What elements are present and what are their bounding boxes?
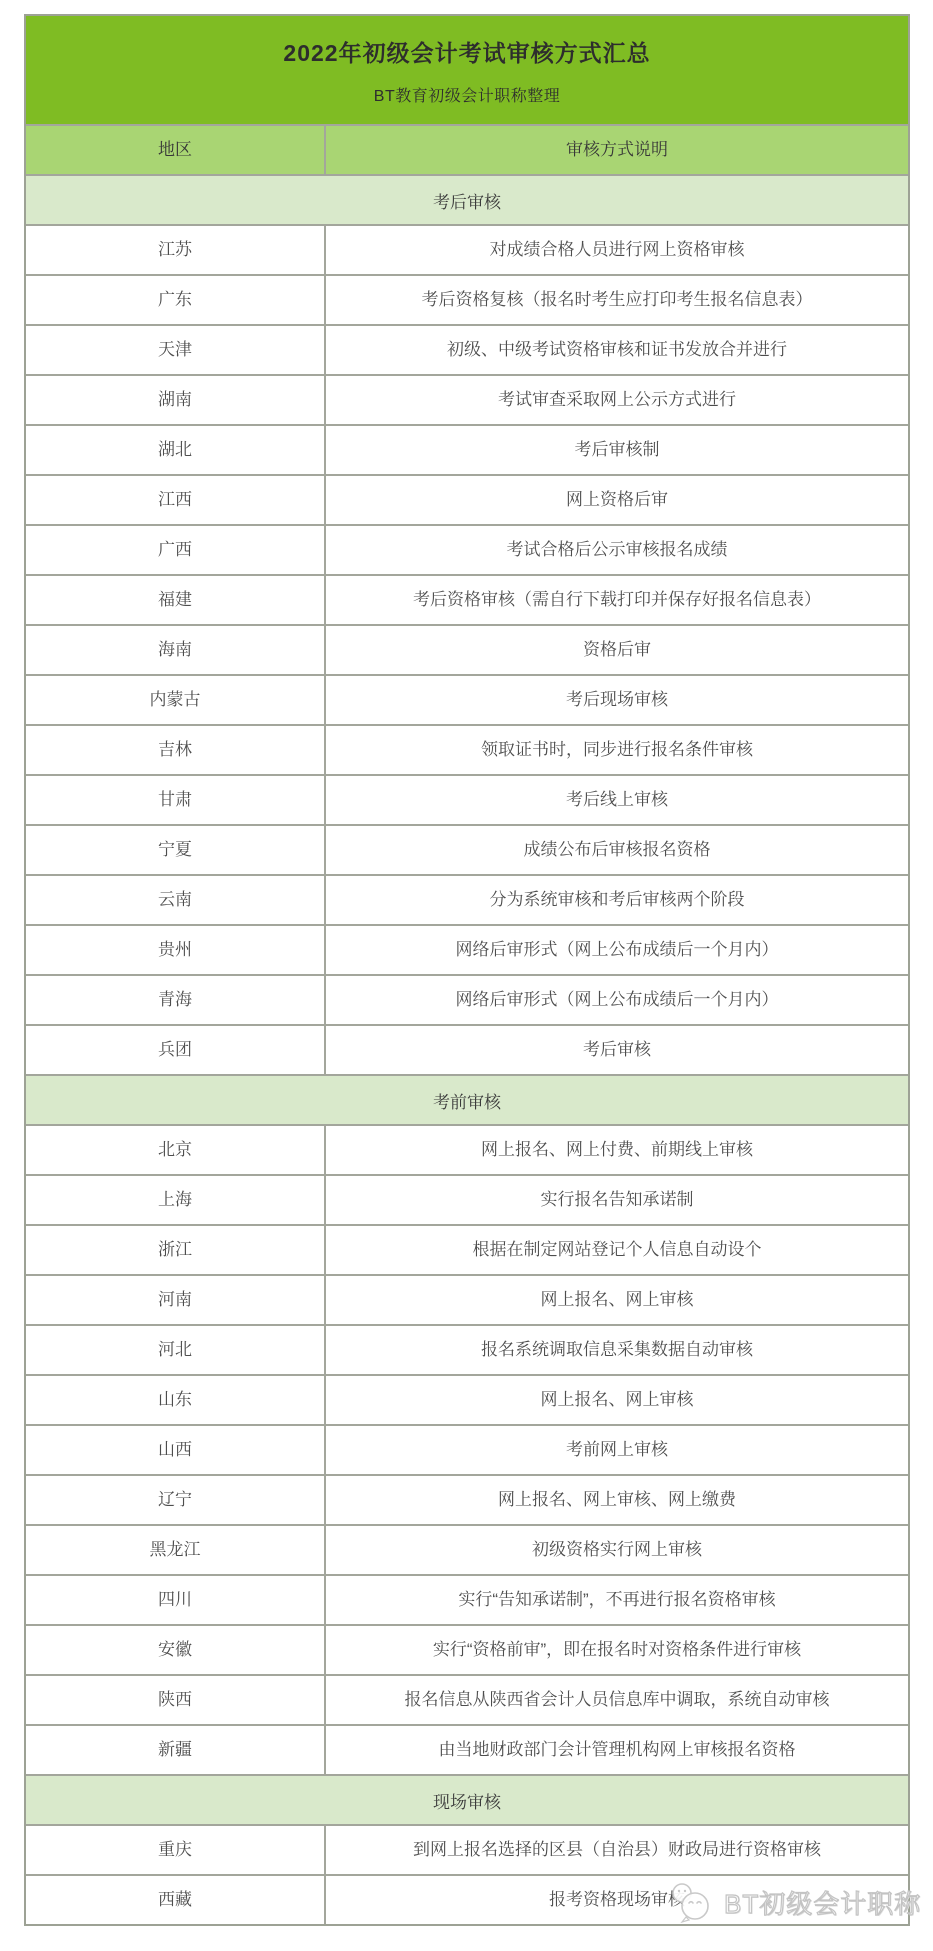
- page-title: 2022年初级会计考试审核方式汇总: [283, 35, 650, 68]
- region-cell: 贵州: [26, 926, 324, 974]
- description-cell: 对成绩合格人员进行网上资格审核: [324, 226, 908, 274]
- region-cell: 江苏: [26, 226, 324, 274]
- table-row: 广东考后资格复核（报名时考生应打印考生报名信息表）: [26, 274, 908, 324]
- region-cell: 山西: [26, 1426, 324, 1474]
- description-cell: 考后现场审核: [324, 676, 908, 724]
- table-row: 重庆到网上报名选择的区县（自治县）财政局进行资格审核: [26, 1824, 908, 1874]
- description-cell: 实行“资格前审”，即在报名时对资格条件进行审核: [324, 1626, 908, 1674]
- description-cell: 分为系统审核和考后审核两个阶段: [324, 876, 908, 924]
- region-cell: 广东: [26, 276, 324, 324]
- page: { "chart_data": { "type": "table", "titl…: [0, 0, 933, 1951]
- description-cell: 初级资格实行网上审核: [324, 1526, 908, 1574]
- region-cell: 天津: [26, 326, 324, 374]
- region-cell: 湖北: [26, 426, 324, 474]
- description-cell: 考试审查采取网上公示方式进行: [324, 376, 908, 424]
- description-cell: 考后审核制: [324, 426, 908, 474]
- table-row: 吉林领取证书时，同步进行报名条件审核: [26, 724, 908, 774]
- description-cell: 网上资格后审: [324, 476, 908, 524]
- table-row: 福建考后资格审核（需自行下载打印并保存好报名信息表）: [26, 574, 908, 624]
- table-row: 湖南考试审查采取网上公示方式进行: [26, 374, 908, 424]
- description-cell: 领取证书时，同步进行报名条件审核: [324, 726, 908, 774]
- region-cell: 江西: [26, 476, 324, 524]
- table-row: 河南网上报名、网上审核: [26, 1274, 908, 1324]
- table-row: 新疆由当地财政部门会计管理机构网上审核报名资格: [26, 1724, 908, 1774]
- region-cell: 黑龙江: [26, 1526, 324, 1574]
- section-header-row: 考前审核: [26, 1074, 908, 1124]
- description-cell: 实行报名告知承诺制: [324, 1176, 908, 1224]
- region-cell: 上海: [26, 1176, 324, 1224]
- table-row: 广西考试合格后公示审核报名成绩: [26, 524, 908, 574]
- description-cell: 考后审核: [324, 1026, 908, 1074]
- description-cell: 网上报名、网上付费、前期线上审核: [324, 1126, 908, 1174]
- table-row: 安徽实行“资格前审”，即在报名时对资格条件进行审核: [26, 1624, 908, 1674]
- description-cell: 报名信息从陕西省会计人员信息库中调取，系统自动审核: [324, 1676, 908, 1724]
- table-row: 甘肃考后线上审核: [26, 774, 908, 824]
- description-cell: 资格后审: [324, 626, 908, 674]
- table-row: 贵州网络后审形式（网上公布成绩后一个月内）: [26, 924, 908, 974]
- column-header-row: 地区 审核方式说明: [26, 124, 908, 174]
- column-header-description: 审核方式说明: [324, 126, 908, 174]
- region-cell: 吉林: [26, 726, 324, 774]
- region-cell: 甘肃: [26, 776, 324, 824]
- section-header-row: 现场审核: [26, 1774, 908, 1824]
- table-row: 河北报名系统调取信息采集数据自动审核: [26, 1324, 908, 1374]
- column-header-region: 地区: [26, 126, 324, 174]
- table-body: 考后审核江苏对成绩合格人员进行网上资格审核广东考后资格复核（报名时考生应打印考生…: [26, 174, 908, 1924]
- region-cell: 辽宁: [26, 1476, 324, 1524]
- region-cell: 云南: [26, 876, 324, 924]
- table-row: 云南分为系统审核和考后审核两个阶段: [26, 874, 908, 924]
- table-row: 四川实行“告知承诺制”，不再进行报名资格审核: [26, 1574, 908, 1624]
- table-title-block: 2022年初级会计考试审核方式汇总 BT教育初级会计职称整理: [26, 16, 908, 124]
- table-row: 海南资格后审: [26, 624, 908, 674]
- description-cell: 网络后审形式（网上公布成绩后一个月内）: [324, 976, 908, 1024]
- description-cell: 由当地财政部门会计管理机构网上审核报名资格: [324, 1726, 908, 1774]
- description-cell: 报考资格现场审核: [324, 1876, 908, 1924]
- region-cell: 内蒙古: [26, 676, 324, 724]
- region-cell: 宁夏: [26, 826, 324, 874]
- description-cell: 成绩公布后审核报名资格: [324, 826, 908, 874]
- table-row: 山东网上报名、网上审核: [26, 1374, 908, 1424]
- region-cell: 河北: [26, 1326, 324, 1374]
- table-row: 黑龙江初级资格实行网上审核: [26, 1524, 908, 1574]
- region-cell: 湖南: [26, 376, 324, 424]
- description-cell: 考后资格审核（需自行下载打印并保存好报名信息表）: [324, 576, 908, 624]
- description-cell: 根据在制定网站登记个人信息自动设个: [324, 1226, 908, 1274]
- description-cell: 考试合格后公示审核报名成绩: [324, 526, 908, 574]
- section-header-row: 考后审核: [26, 174, 908, 224]
- table-row: 青海网络后审形式（网上公布成绩后一个月内）: [26, 974, 908, 1024]
- region-cell: 兵团: [26, 1026, 324, 1074]
- region-cell: 四川: [26, 1576, 324, 1624]
- table-row: 辽宁网上报名、网上审核、网上缴费: [26, 1474, 908, 1524]
- page-subtitle: BT教育初级会计职称整理: [374, 83, 560, 106]
- description-cell: 网上报名、网上审核、网上缴费: [324, 1476, 908, 1524]
- table-row: 兵团考后审核: [26, 1024, 908, 1074]
- description-cell: 实行“告知承诺制”，不再进行报名资格审核: [324, 1576, 908, 1624]
- table-row: 西藏报考资格现场审核: [26, 1874, 908, 1924]
- section-label: 现场审核: [26, 1776, 908, 1824]
- region-cell: 新疆: [26, 1726, 324, 1774]
- table-row: 浙江根据在制定网站登记个人信息自动设个: [26, 1224, 908, 1274]
- description-cell: 考后线上审核: [324, 776, 908, 824]
- section-label: 考前审核: [26, 1076, 908, 1124]
- table-row: 宁夏成绩公布后审核报名资格: [26, 824, 908, 874]
- table-row: 山西考前网上审核: [26, 1424, 908, 1474]
- table-row: 陕西报名信息从陕西省会计人员信息库中调取，系统自动审核: [26, 1674, 908, 1724]
- description-cell: 网络后审形式（网上公布成绩后一个月内）: [324, 926, 908, 974]
- region-cell: 河南: [26, 1276, 324, 1324]
- region-cell: 北京: [26, 1126, 324, 1174]
- region-cell: 陕西: [26, 1676, 324, 1724]
- table-row: 湖北考后审核制: [26, 424, 908, 474]
- region-cell: 青海: [26, 976, 324, 1024]
- region-cell: 安徽: [26, 1626, 324, 1674]
- section-label: 考后审核: [26, 176, 908, 224]
- summary-table: 2022年初级会计考试审核方式汇总 BT教育初级会计职称整理 地区 审核方式说明…: [24, 14, 910, 1926]
- region-cell: 重庆: [26, 1826, 324, 1874]
- description-cell: 到网上报名选择的区县（自治县）财政局进行资格审核: [324, 1826, 908, 1874]
- table-row: 北京网上报名、网上付费、前期线上审核: [26, 1124, 908, 1174]
- region-cell: 广西: [26, 526, 324, 574]
- description-cell: 网上报名、网上审核: [324, 1376, 908, 1424]
- region-cell: 海南: [26, 626, 324, 674]
- table-row: 天津初级、中级考试资格审核和证书发放合并进行: [26, 324, 908, 374]
- table-row: 江西网上资格后审: [26, 474, 908, 524]
- table-row: 江苏对成绩合格人员进行网上资格审核: [26, 224, 908, 274]
- region-cell: 浙江: [26, 1226, 324, 1274]
- table-row: 上海实行报名告知承诺制: [26, 1174, 908, 1224]
- region-cell: 福建: [26, 576, 324, 624]
- region-cell: 山东: [26, 1376, 324, 1424]
- description-cell: 考前网上审核: [324, 1426, 908, 1474]
- region-cell: 西藏: [26, 1876, 324, 1924]
- description-cell: 考后资格复核（报名时考生应打印考生报名信息表）: [324, 276, 908, 324]
- description-cell: 报名系统调取信息采集数据自动审核: [324, 1326, 908, 1374]
- description-cell: 网上报名、网上审核: [324, 1276, 908, 1324]
- description-cell: 初级、中级考试资格审核和证书发放合并进行: [324, 326, 908, 374]
- table-row: 内蒙古考后现场审核: [26, 674, 908, 724]
